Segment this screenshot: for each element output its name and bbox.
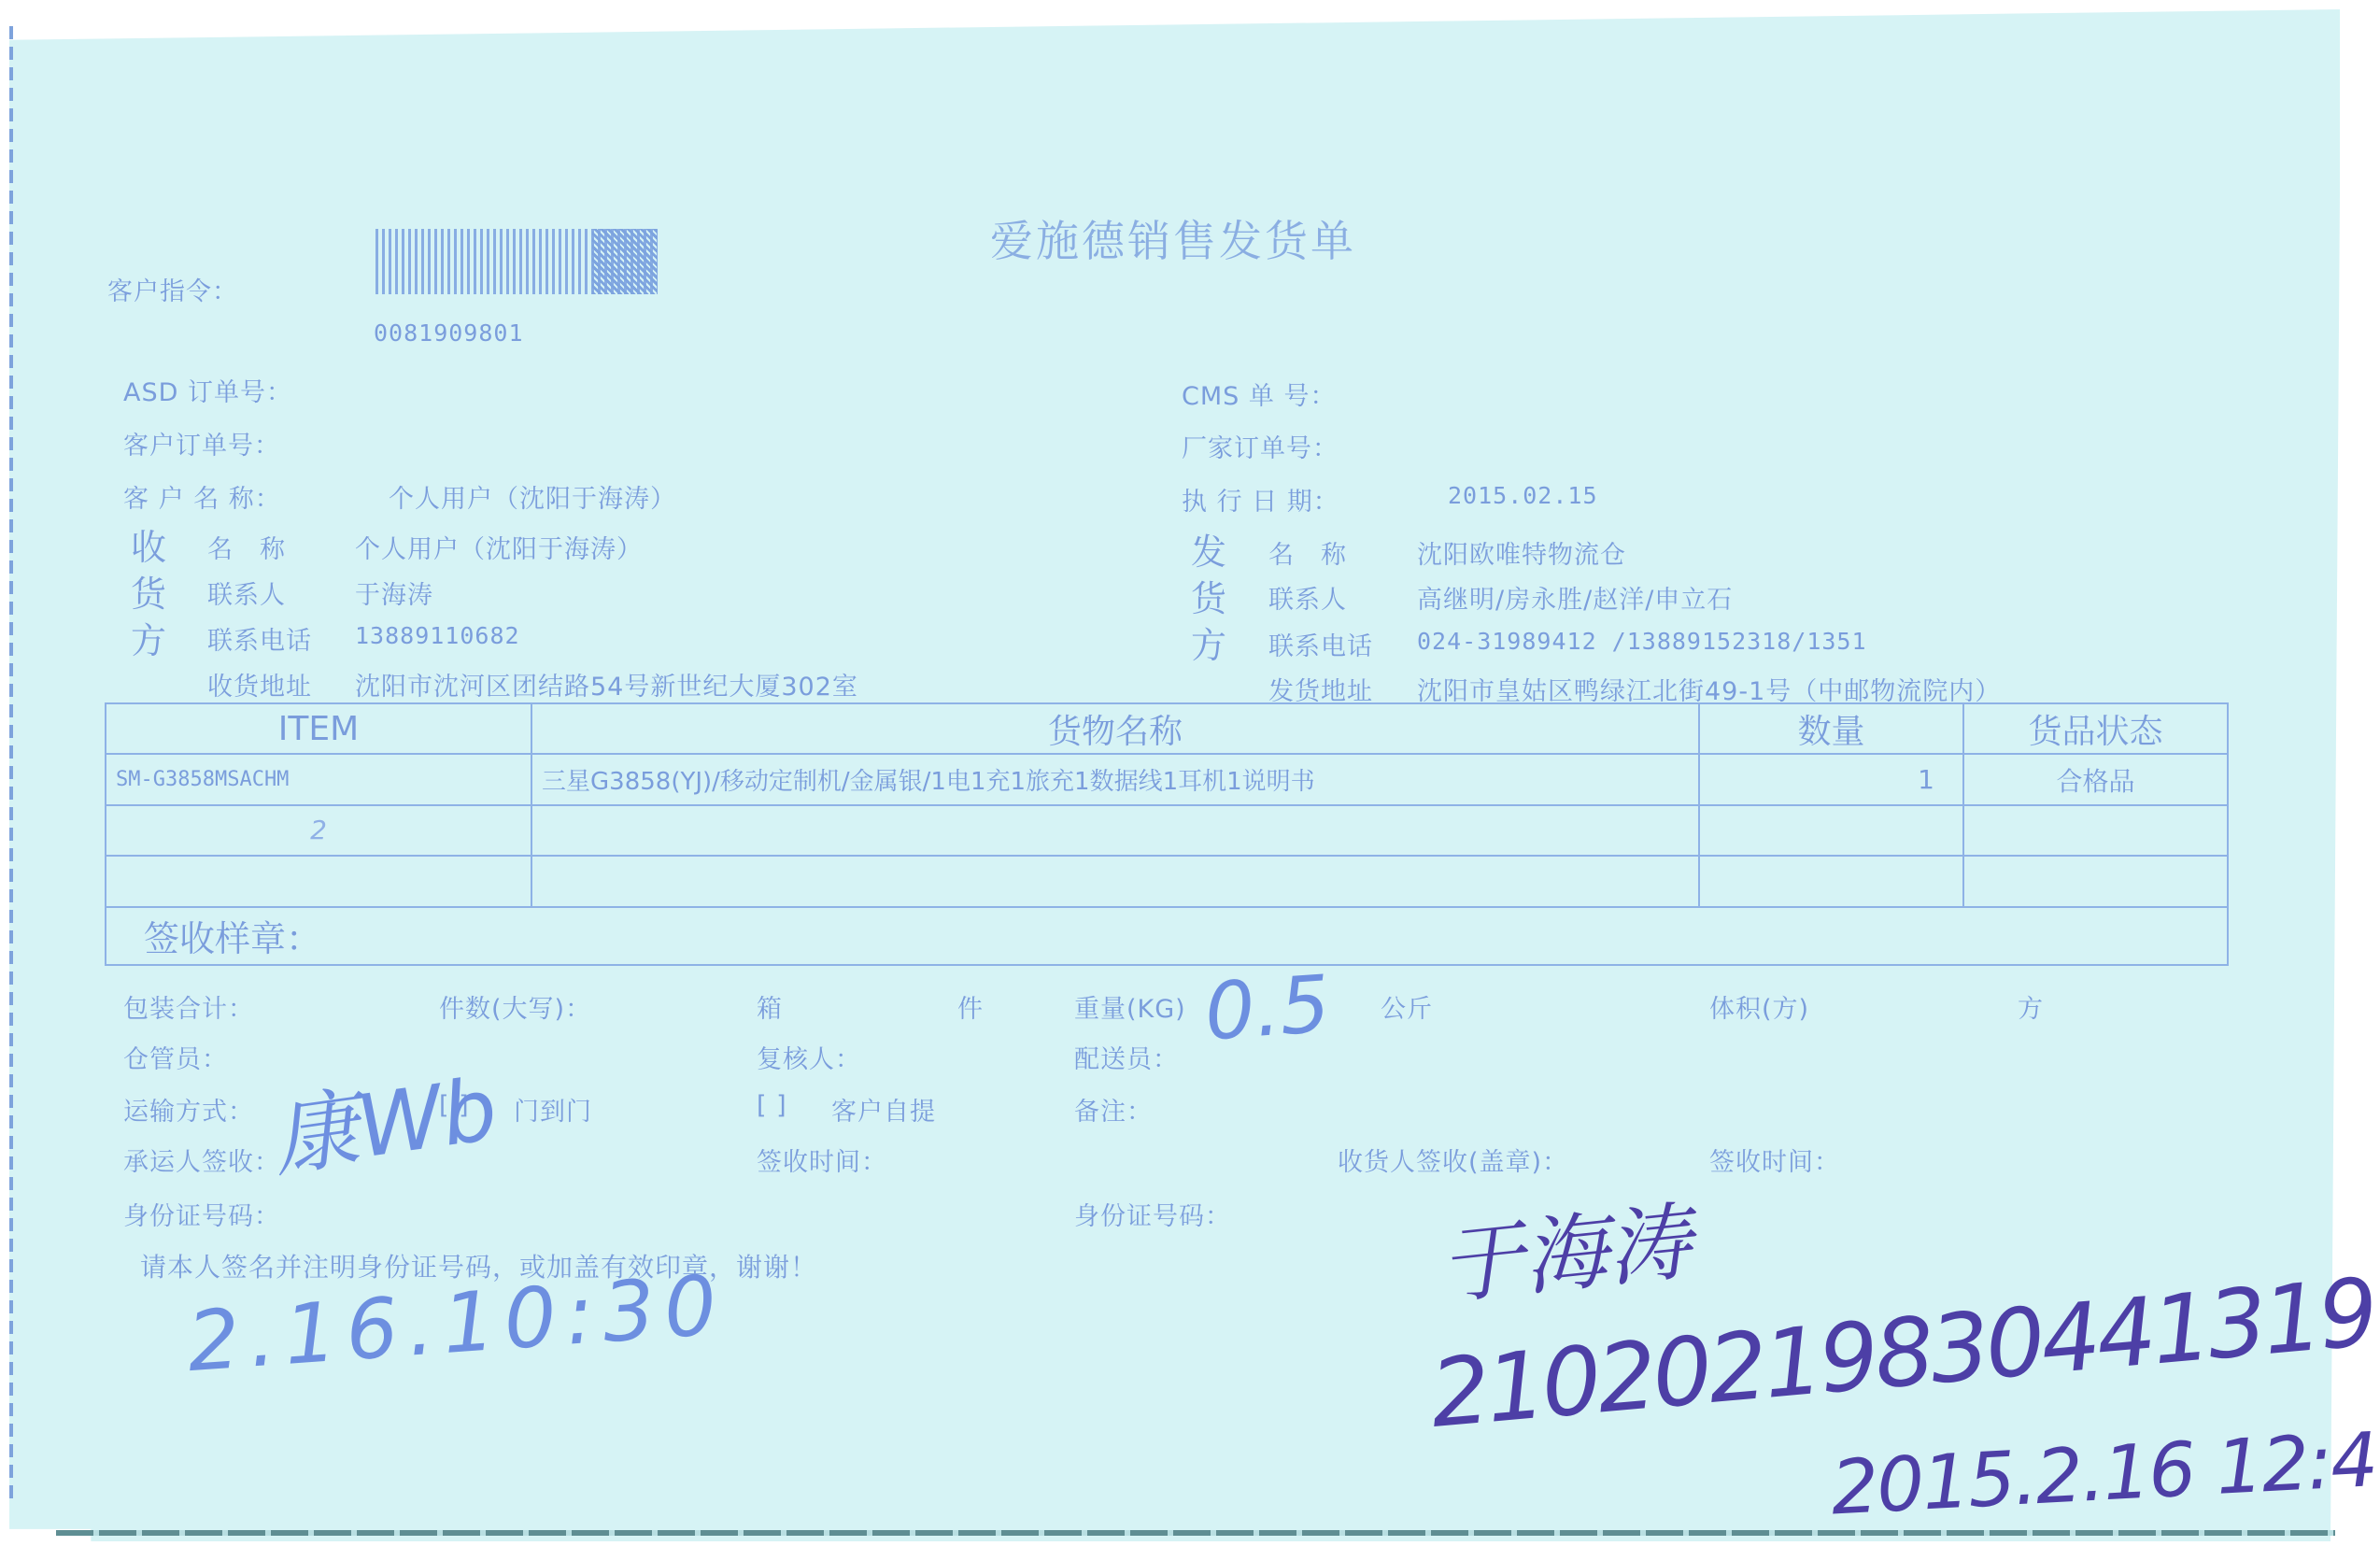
exec-date-value: 2015.02.15 bbox=[1448, 482, 1598, 509]
sender-name-label: 名 称 bbox=[1268, 534, 1347, 571]
quantity bbox=[1699, 805, 1963, 856]
column-header-goods-name: 货物名称 bbox=[531, 703, 1699, 754]
row-handwritten-mark: 2 bbox=[106, 805, 531, 856]
weight-label: 重量(KG) bbox=[1074, 988, 1186, 1025]
items-table: ITEM 货物名称 数量 货品状态 SM-G3858MSACHM 三星G3858… bbox=[105, 702, 2229, 966]
left-perforation bbox=[9, 26, 13, 1502]
sender-phone-value: 024-31989412 /13889152318/1351 bbox=[1417, 628, 1867, 655]
receiver-contact-value: 于海涛 bbox=[355, 574, 433, 611]
table-row bbox=[106, 856, 2228, 906]
self-pickup-label: 客户自提 bbox=[831, 1091, 936, 1128]
receiver-name-label: 名 称 bbox=[207, 529, 286, 565]
receiver-side-char-1: 收 bbox=[131, 518, 167, 570]
sender-side-char-3: 方 bbox=[1191, 617, 1227, 668]
sender-contact-label: 联系人 bbox=[1268, 579, 1347, 616]
goods-name: 三星G3858(YJ)/移动定制机/金属银/1电1充1旅充1数据线1耳机1说明书 bbox=[531, 754, 1699, 804]
receiver-sign-label: 收货人签收(盖章)： bbox=[1338, 1142, 1568, 1178]
carrier-sign-time-label: 签收时间： bbox=[757, 1142, 887, 1178]
barcode-number: 0081909801 bbox=[374, 319, 524, 347]
volume-label: 体积(方) bbox=[1709, 988, 1809, 1025]
goods-name bbox=[531, 856, 1699, 906]
piece-label: 件 bbox=[957, 988, 984, 1025]
pieces-label: 件数(大写)： bbox=[439, 988, 591, 1025]
item-code bbox=[106, 856, 531, 906]
box-label: 箱 bbox=[757, 988, 783, 1025]
goods-status bbox=[1963, 856, 2228, 906]
transport-label: 运输方式： bbox=[123, 1091, 254, 1128]
package-total-label: 包装合计： bbox=[123, 988, 254, 1025]
item-code: SM-G3858MSACHM bbox=[106, 754, 531, 804]
quantity bbox=[1699, 856, 1963, 906]
receiver-side-char-2: 货 bbox=[131, 565, 167, 617]
goods-name bbox=[531, 805, 1699, 856]
customer-name-label: 客 户 名 称： bbox=[123, 478, 281, 515]
sender-name-value: 沈阳欧唯特物流仓 bbox=[1417, 534, 1626, 571]
delivery-person-label: 配送员： bbox=[1074, 1039, 1179, 1075]
document-title: 爱施德销售发货单 bbox=[990, 207, 1356, 269]
sender-phone-label: 联系电话 bbox=[1268, 626, 1373, 662]
id-number-label-left: 身份证号码： bbox=[123, 1196, 280, 1232]
weight-value-handwritten: 0.5 bbox=[1202, 957, 1333, 1057]
goods-status bbox=[1963, 805, 2228, 856]
asd-order-label: ASD 订单号： bbox=[123, 372, 292, 408]
receiver-phone-label: 联系电话 bbox=[207, 620, 312, 657]
bottom-perforation bbox=[56, 1530, 2335, 1536]
customer-name-value: 个人用户（沈阳于海涛） bbox=[389, 478, 676, 515]
carrier-sign-label: 承运人签收： bbox=[123, 1142, 280, 1178]
table-row: SM-G3858MSACHM 三星G3858(YJ)/移动定制机/金属银/1电1… bbox=[106, 754, 2228, 804]
id-number-label-right: 身份证号码： bbox=[1074, 1196, 1231, 1232]
sender-side-char-2: 货 bbox=[1191, 570, 1227, 621]
exec-date-label: 执 行 日 期： bbox=[1182, 481, 1339, 518]
door-to-door-label: 门到门 bbox=[514, 1091, 592, 1128]
barcode-icon bbox=[375, 229, 658, 294]
sender-side-char-1: 发 bbox=[1191, 523, 1227, 574]
self-pickup-checkbox[interactable]: [ ] bbox=[757, 1091, 787, 1120]
customer-instruction-label: 客户指令： bbox=[107, 271, 238, 307]
reviewer-label: 复核人： bbox=[757, 1039, 861, 1075]
quantity: 1 bbox=[1699, 754, 1963, 804]
receiver-address-label: 收货地址 bbox=[207, 666, 312, 702]
column-header-item: ITEM bbox=[106, 703, 531, 754]
sign-stamp-label: 签收样章： bbox=[106, 907, 2228, 966]
volume-unit: 方 bbox=[2018, 988, 2044, 1025]
goods-status: 合格品 bbox=[1963, 754, 2228, 804]
factory-order-label: 厂家订单号： bbox=[1182, 428, 1339, 464]
column-header-quantity: 数量 bbox=[1699, 703, 1963, 754]
sender-contact-value: 高继明/房永胜/赵洋/申立石 bbox=[1417, 579, 1733, 616]
receiver-sign-time-label: 签收时间： bbox=[1709, 1142, 1840, 1178]
receiver-contact-label: 联系人 bbox=[207, 574, 286, 611]
cms-order-label: CMS 单 号： bbox=[1182, 376, 1336, 412]
remarks-label: 备注： bbox=[1074, 1091, 1153, 1128]
table-row: 2 bbox=[106, 805, 2228, 856]
receiver-phone-value: 13889110682 bbox=[355, 622, 520, 649]
receiver-address-value: 沈阳市沈河区团结路54号新世纪大厦302室 bbox=[355, 666, 858, 702]
receiver-name-value: 个人用户（沈阳于海涛） bbox=[355, 529, 643, 565]
weight-unit: 公斤 bbox=[1381, 988, 1433, 1025]
warehouse-keeper-label: 仓管员： bbox=[123, 1039, 228, 1075]
receiver-side-char-3: 方 bbox=[131, 612, 167, 663]
customer-order-label: 客户订单号： bbox=[123, 425, 280, 461]
column-header-status: 货品状态 bbox=[1963, 703, 2228, 754]
